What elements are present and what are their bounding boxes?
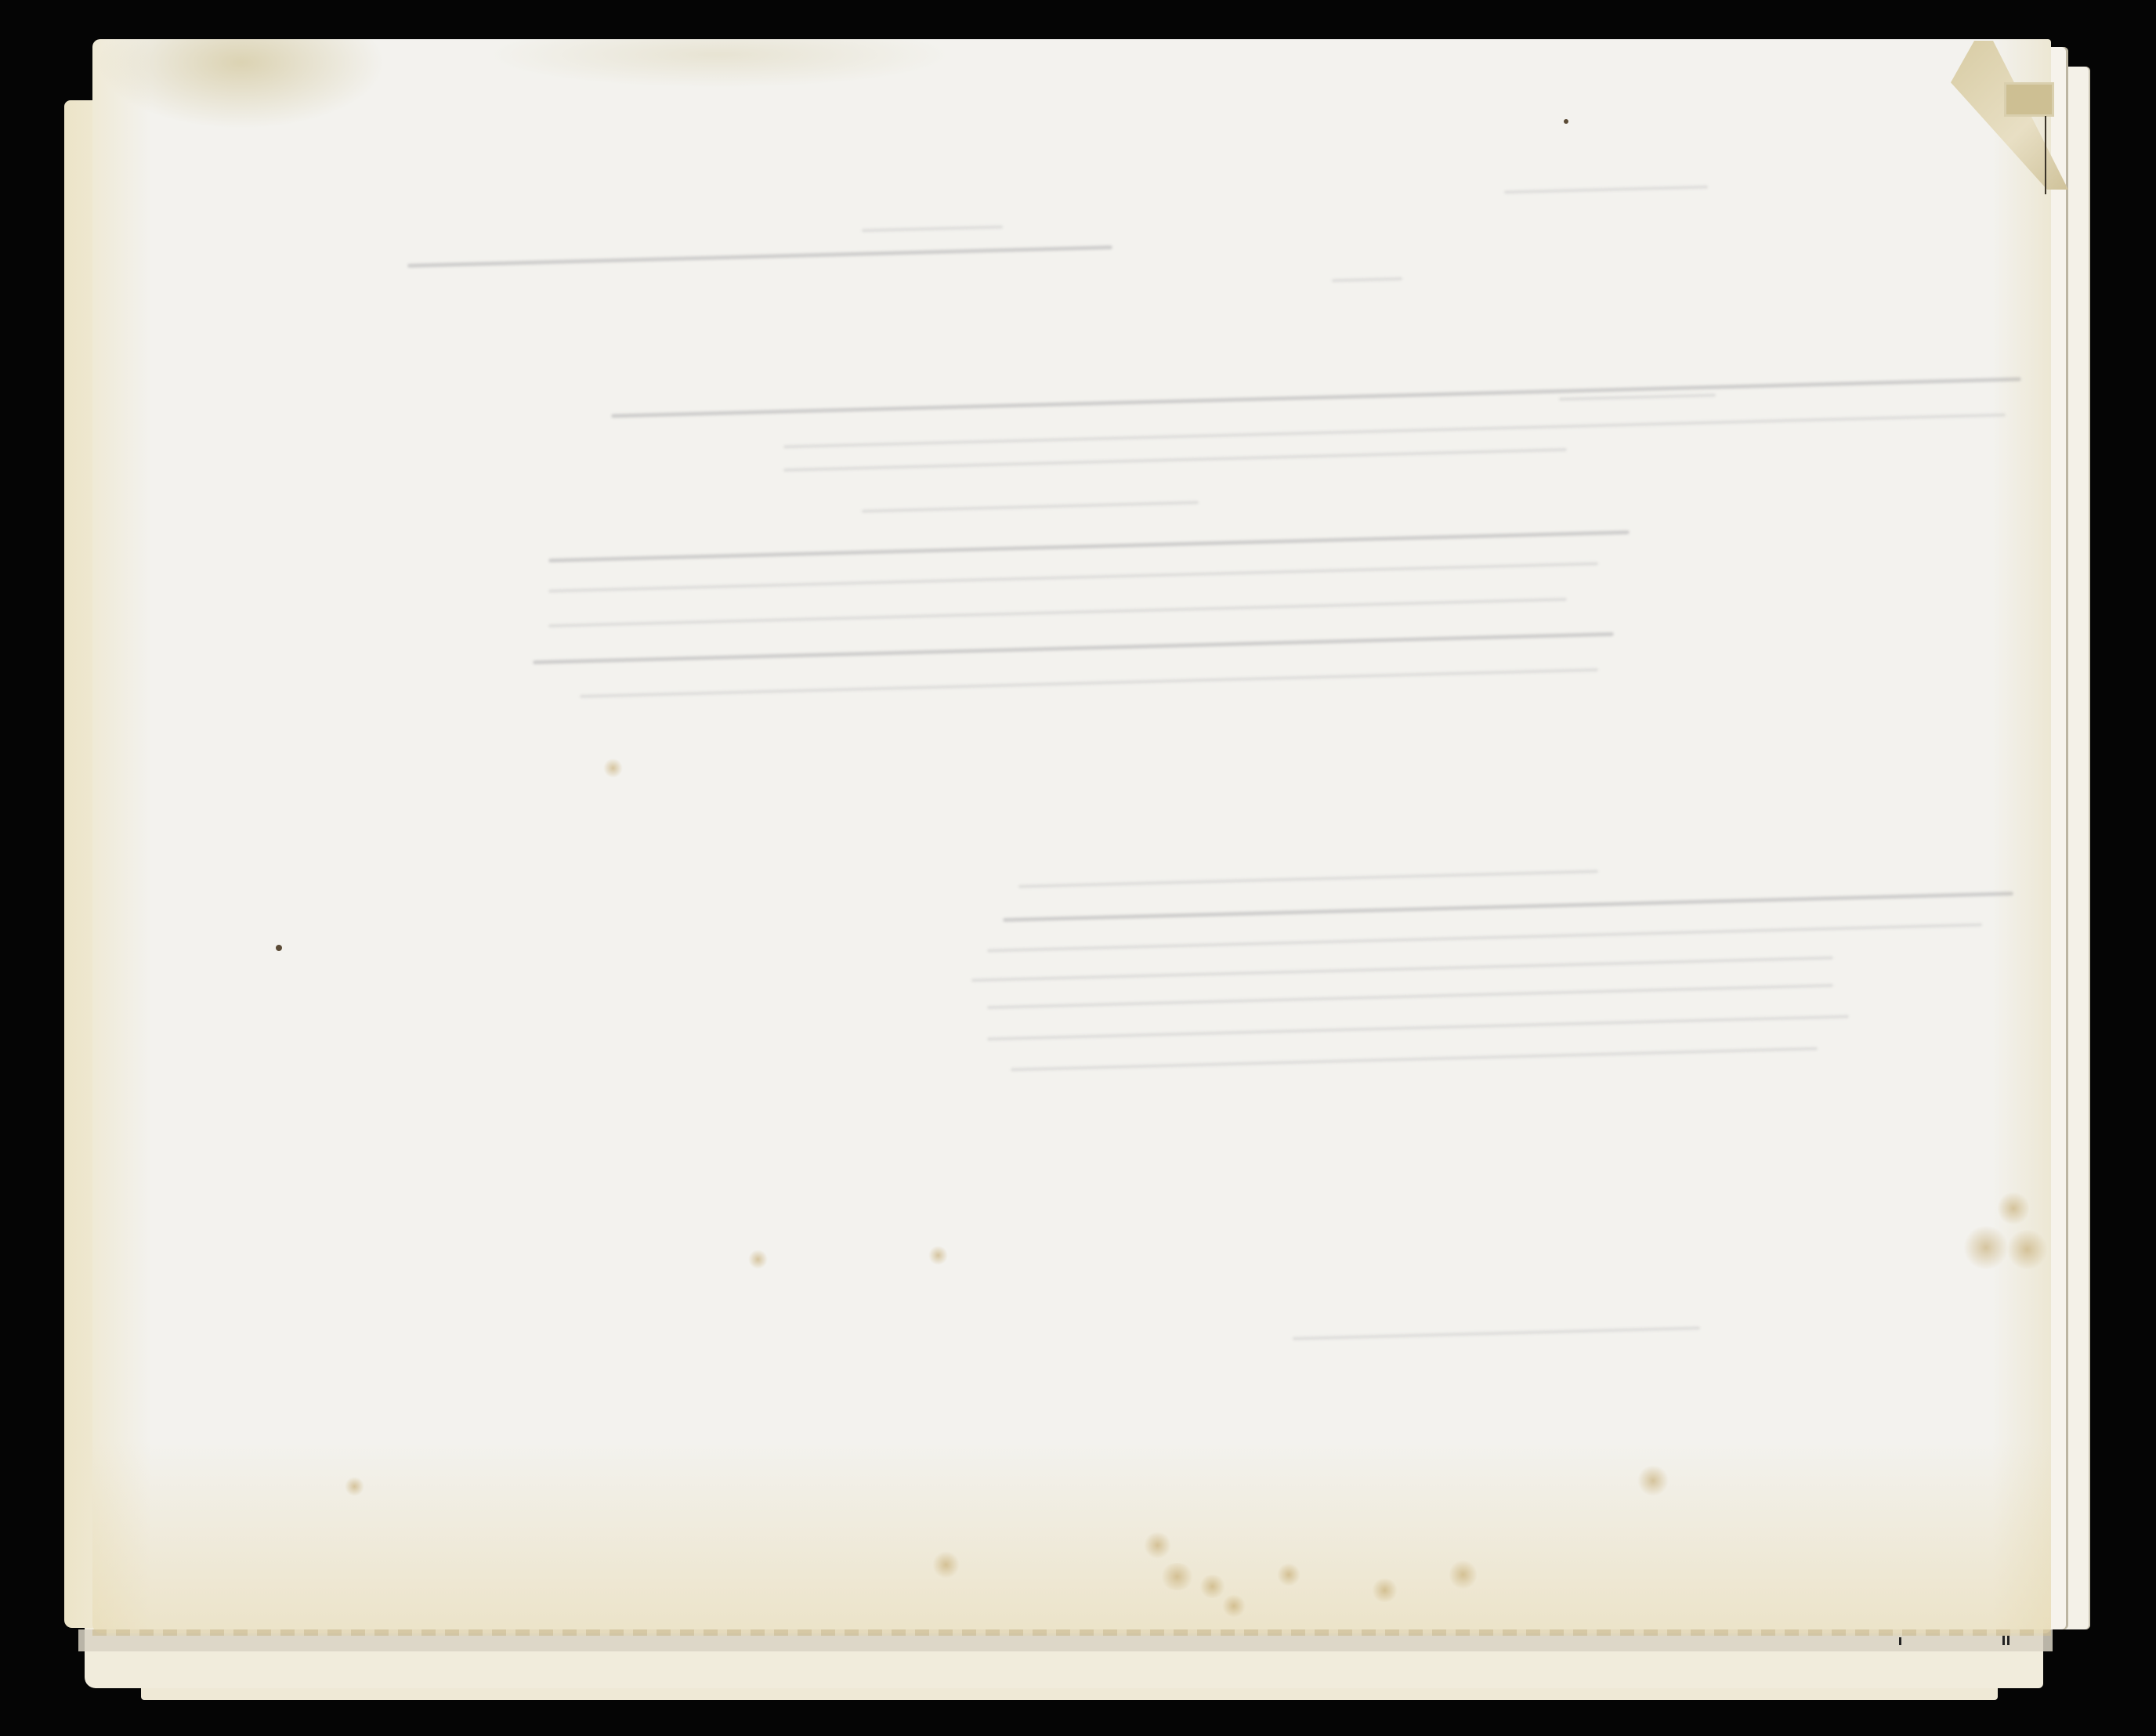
edge-mark — [2002, 1636, 2005, 1645]
manuscript-page — [92, 39, 2051, 1633]
folded-corner-tab — [2004, 82, 2054, 117]
edge-mark — [1899, 1637, 1901, 1645]
edge-mark — [2007, 1636, 2009, 1645]
corner-crease — [2045, 116, 2046, 194]
page-bottom-edge — [92, 1629, 2051, 1636]
dust-speck — [1564, 119, 1568, 124]
dust-speck — [276, 945, 282, 951]
